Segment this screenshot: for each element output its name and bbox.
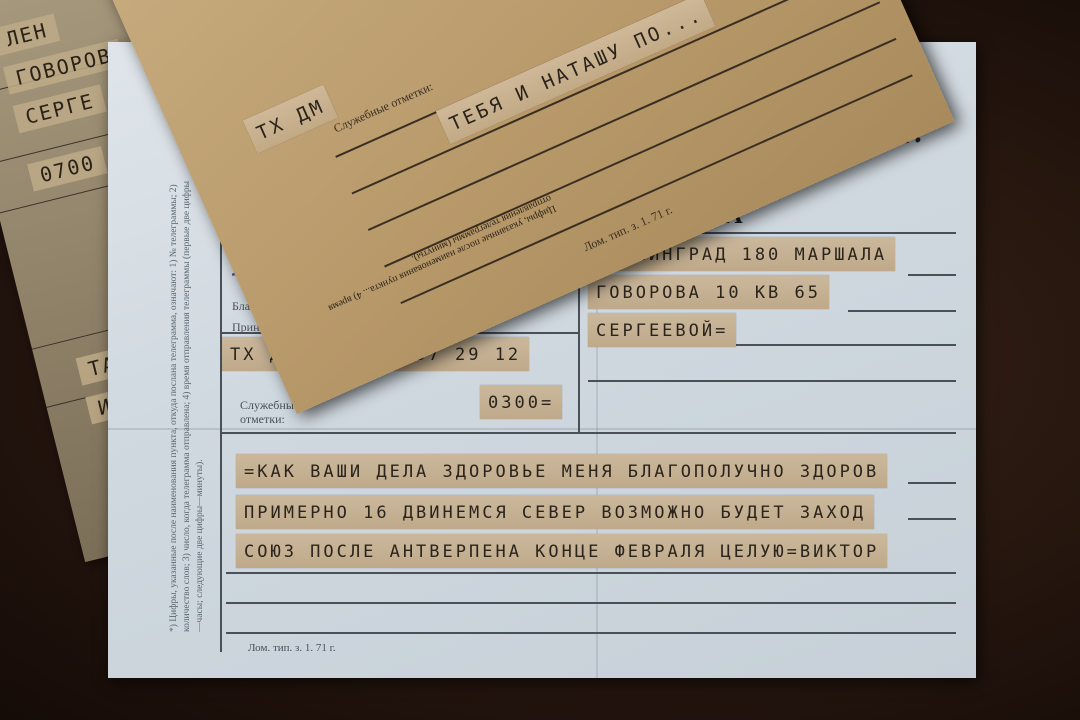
header-fragment: ТХ ДМ bbox=[243, 85, 338, 154]
form-line bbox=[728, 344, 956, 346]
form-line bbox=[908, 274, 956, 276]
form-line bbox=[226, 602, 956, 604]
form-border bbox=[220, 432, 956, 434]
form-line bbox=[908, 482, 956, 484]
form-border bbox=[220, 232, 222, 652]
tape-fragment: 0700 bbox=[27, 146, 108, 192]
form-line bbox=[226, 632, 956, 634]
message-fragment: ТЕБЯ И НАТАШУ ПО... bbox=[436, 0, 716, 144]
address-line: СЕРГЕЕВОЙ= bbox=[588, 313, 736, 347]
tape-fragment: СЕРГЕ bbox=[13, 84, 107, 133]
side-footnote: *) Цифры, указанные после наименования п… bbox=[168, 172, 207, 632]
print-mark: Лом. тип. з. 1. 71 г. bbox=[248, 642, 336, 654]
form-line bbox=[908, 518, 956, 520]
message-line: ПРИМЕРНО 16 ДВИНЕМСЯ СЕВЕР ВОЗМОЖНО БУДЕ… bbox=[236, 495, 874, 529]
print-mark: Лом. тип. з. 1. 71 г. bbox=[581, 202, 674, 255]
form-line bbox=[226, 572, 956, 574]
form-line bbox=[848, 310, 956, 312]
message-line: =КАК ВАШИ ДЕЛА ЗДОРОВЬЕ МЕНЯ БЛАГОПОЛУЧН… bbox=[236, 454, 887, 488]
form-line bbox=[588, 380, 956, 382]
fold-crease bbox=[108, 428, 976, 430]
tape-fragment: ЛЕН bbox=[0, 14, 60, 56]
label-service-marks: Служебные отметки: bbox=[331, 79, 435, 136]
time-code: 0300= bbox=[480, 385, 562, 419]
address-line: ГОВОРОВА 10 КВ 65 bbox=[588, 275, 829, 309]
footnote-fragment: Цифры, указанные после наименования пунк… bbox=[311, 192, 557, 318]
message-line: СОЮЗ ПОСЛЕ АНТВЕРПЕНА КОНЦЕ ФЕВРАЛЯ ЦЕЛУ… bbox=[236, 534, 887, 568]
